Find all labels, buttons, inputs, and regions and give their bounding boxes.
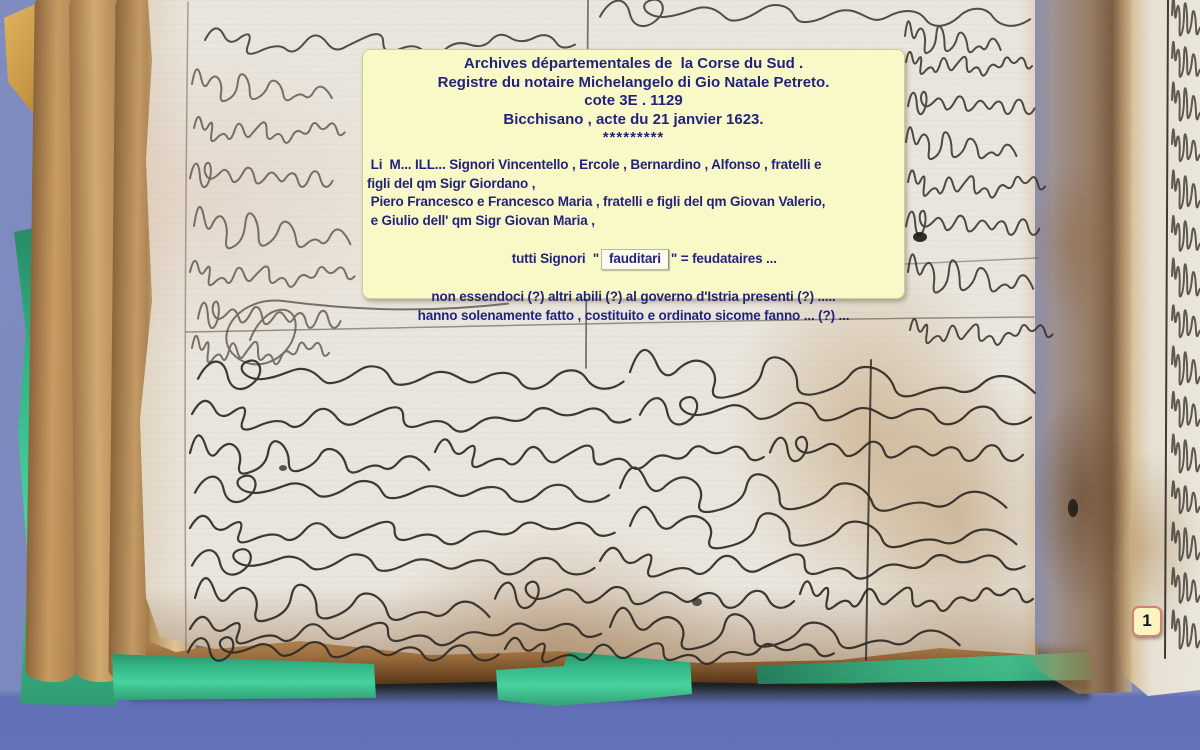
page-marker-badge: 1	[1132, 606, 1162, 637]
note-archive-title: Archives départementales de la Corse du …	[367, 55, 900, 74]
archive-photo: Archives départementales de la Corse du …	[0, 0, 1200, 750]
transcription-line: Li M... ILL... Signori Vincentello , Erc…	[367, 156, 900, 175]
note-cote-line: cote 3E . 1129	[367, 92, 900, 111]
transcription-line: hanno solenamente fatto , costituito e o…	[367, 307, 900, 326]
fauditari-term: fauditari	[601, 249, 669, 270]
note-register-line: Registre du notaire Michelangelo di Gio …	[367, 74, 900, 93]
transcription-line: non essendoci (?) altri abili (?) al gov…	[367, 288, 900, 307]
fauditari-prefix: tutti Signori "	[512, 251, 599, 266]
book-gutter	[1020, 0, 1132, 694]
fauditari-suffix: " = feudataires ...	[671, 251, 777, 266]
transcription-line: figli del qm Sigr Giordano ,	[367, 175, 900, 194]
note-separator: *********	[367, 129, 900, 148]
transcription-line: e Giulio dell' qm Sigr Giovan Maria ,	[367, 212, 900, 231]
transcription-line-fauditari: tutti Signori "fauditari" = feudataires …	[367, 230, 900, 288]
transcription-line: Piero Francesco e Francesco Maria , frat…	[367, 193, 900, 212]
note-spacer	[367, 148, 900, 156]
note-date-line: Bicchisano , acte du 21 janvier 1623.	[367, 111, 900, 130]
annotation-note: Archives départementales de la Corse du …	[362, 49, 905, 299]
